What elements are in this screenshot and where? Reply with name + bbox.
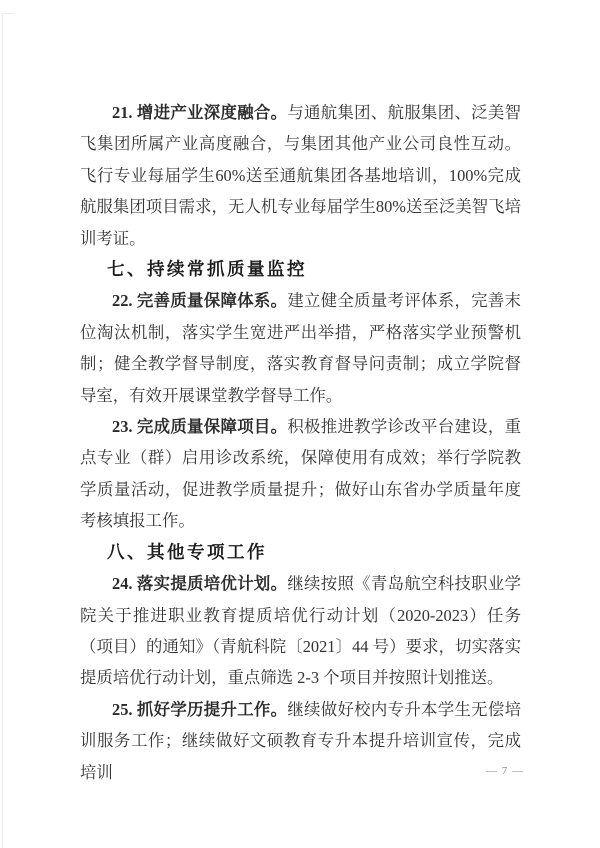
page-number: — 7 — (486, 765, 524, 777)
paragraph-22-lead: 22. 完善质量保障体系。 (112, 291, 287, 310)
paragraph-24-lead: 24. 落实提质培优计划。 (112, 574, 287, 593)
section-heading-eight: 八、其他专项工作 (80, 537, 521, 568)
section-heading-seven: 七、持续常抓质量监控 (80, 254, 521, 285)
paragraph-21: 21. 增进产业深度融合。与通航集团、航服集团、泛美智飞集团所属产业高度融合，与… (80, 97, 521, 254)
document-page: 21. 增进产业深度融合。与通航集团、航服集团、泛美智飞集团所属产业高度融合，与… (0, 0, 600, 848)
document-content: 21. 增进产业深度融合。与通航集团、航服集团、泛美智飞集团所属产业高度融合，与… (80, 97, 521, 788)
paragraph-23-lead: 23. 完成质量保障项目。 (112, 417, 287, 436)
paragraph-23: 23. 完成质量保障项目。积极推进教学诊改平台建设，重点专业（群）启用诊改系统，… (80, 411, 521, 537)
paragraph-25: 25. 抓好学历提升工作。继续做好校内专升本学生无偿培训服务工作；继续做好文硕教… (80, 694, 521, 788)
page-top-edge-line (2, 13, 14, 14)
paragraph-21-body: 与通航集团、航服集团、泛美智飞集团所属产业高度融合，与集团其他产业公司良性互动。… (80, 103, 521, 248)
paragraph-25-lead: 25. 抓好学历提升工作。 (112, 700, 287, 719)
paragraph-22: 22. 完善质量保障体系。建立健全质量考评体系，完善末位淘汰机制，落实学生宽进严… (80, 285, 521, 411)
page-left-edge-line (2, 13, 3, 848)
paragraph-21-lead: 21. 增进产业深度融合。 (112, 103, 287, 122)
paragraph-24: 24. 落实提质培优计划。继续按照《青岛航空科技职业学院关于推进职业教育提质培优… (80, 568, 521, 694)
